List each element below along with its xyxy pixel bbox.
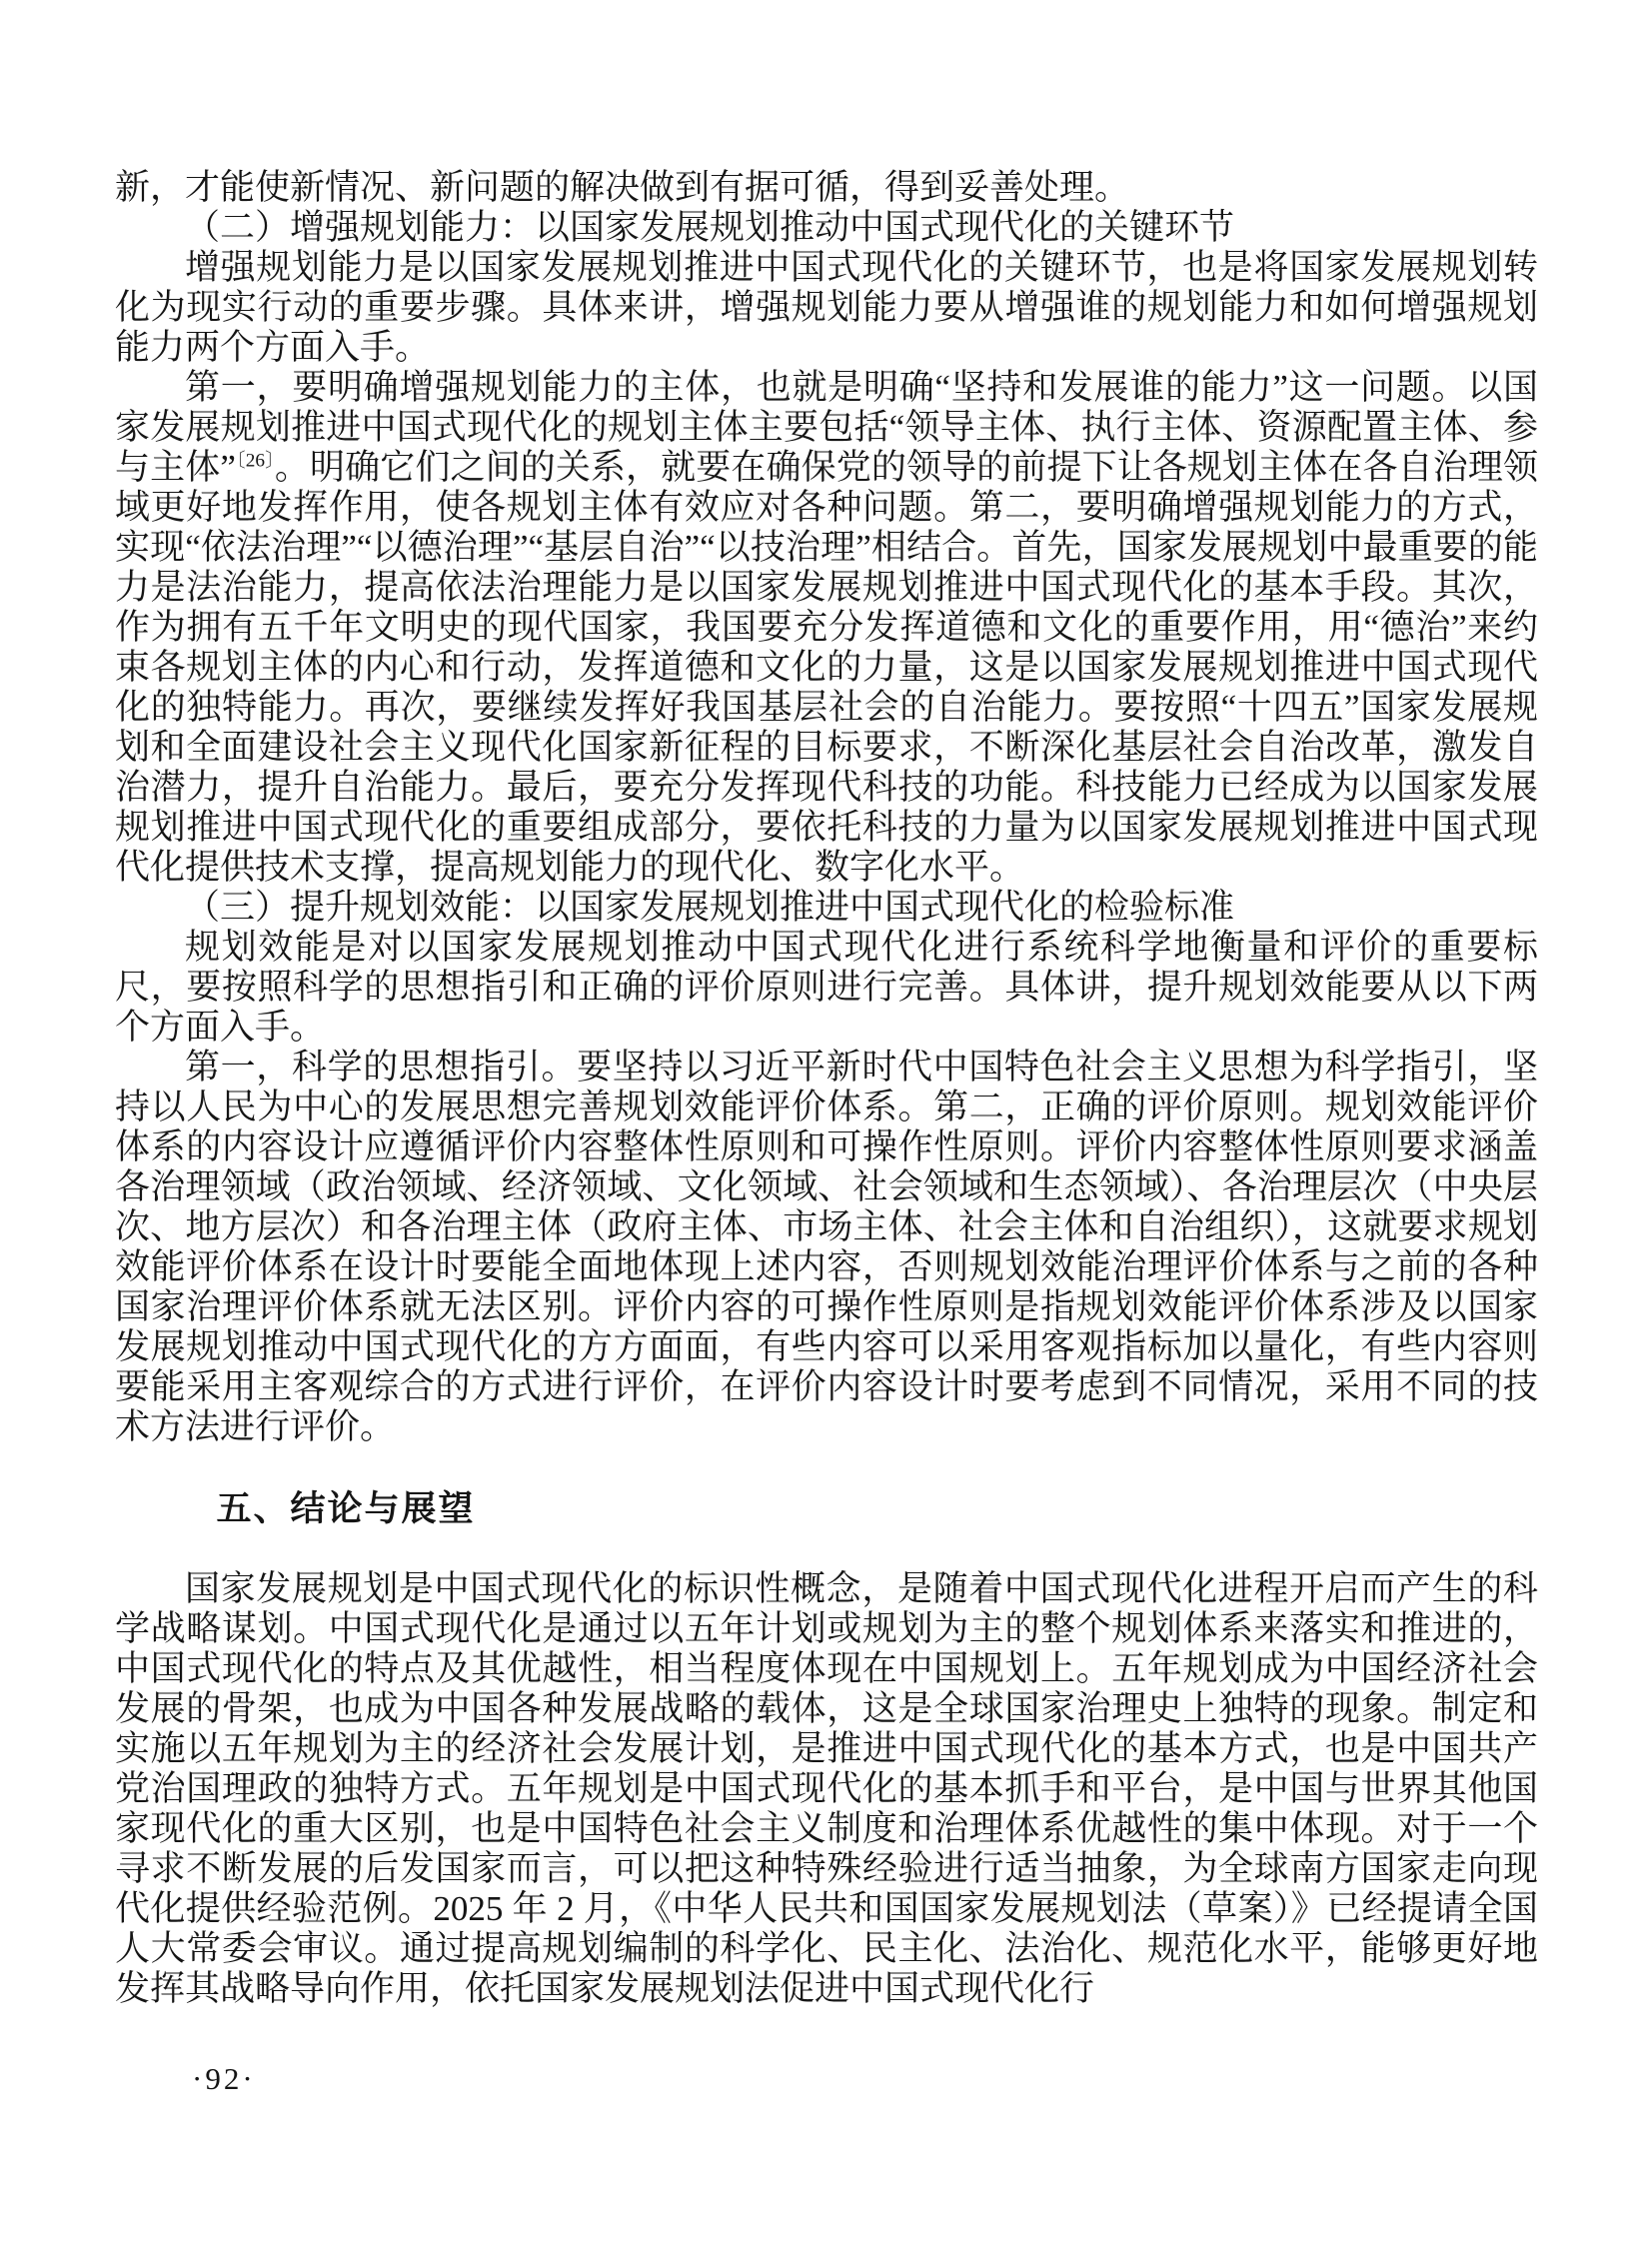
- subsection-heading-3: （三）提升规划效能：以国家发展规划推进中国式现代化的检验标准: [115, 888, 1538, 928]
- paragraph-text-after-citation: 。明确它们之间的关系，就要在确保党的领导的前提下让各规划主体在各自治理领域更好地…: [115, 448, 1538, 887]
- paragraph-conclusion: 国家发展规划是中国式现代化的标识性概念，是随着中国式现代化进程开启而产生的科学战…: [115, 1569, 1538, 2009]
- paragraph-continued: 新，才能使新情况、新问题的解决做到有据可循，得到妥善处理。: [115, 168, 1538, 208]
- citation-ref-26: 〔26〕: [236, 450, 275, 471]
- paragraph-planning-capacity-detail: 第一，要明确增强规划能力的主体，也就是明确“坚持和发展谁的能力”这一问题。以国家…: [115, 368, 1538, 888]
- section-heading-conclusion: 五、结论与展望: [115, 1489, 1538, 1529]
- document-page: { "page": { "page_number": "·92·" }, "co…: [0, 0, 1652, 2243]
- subsection-heading-2: （二）增强规划能力：以国家发展规划推动中国式现代化的关键环节: [115, 208, 1538, 248]
- article-body: 新，才能使新情况、新问题的解决做到有据可循，得到妥善处理。 （二）增强规划能力：…: [115, 168, 1538, 2009]
- paragraph-planning-effectiveness-intro: 规划效能是对以国家发展规划推动中国式现代化进行系统科学地衡量和评价的重要标尺，要…: [115, 928, 1538, 1048]
- page-number: ·92·: [192, 2059, 256, 2099]
- paragraph-planning-capacity-intro: 增强规划能力是以国家发展规划推进中国式现代化的关键环节，也是将国家发展规划转化为…: [115, 248, 1538, 368]
- paragraph-planning-effectiveness-detail: 第一，科学的思想指引。要坚持以习近平新时代中国特色社会主义思想为科学指引，坚持以…: [115, 1048, 1538, 1447]
